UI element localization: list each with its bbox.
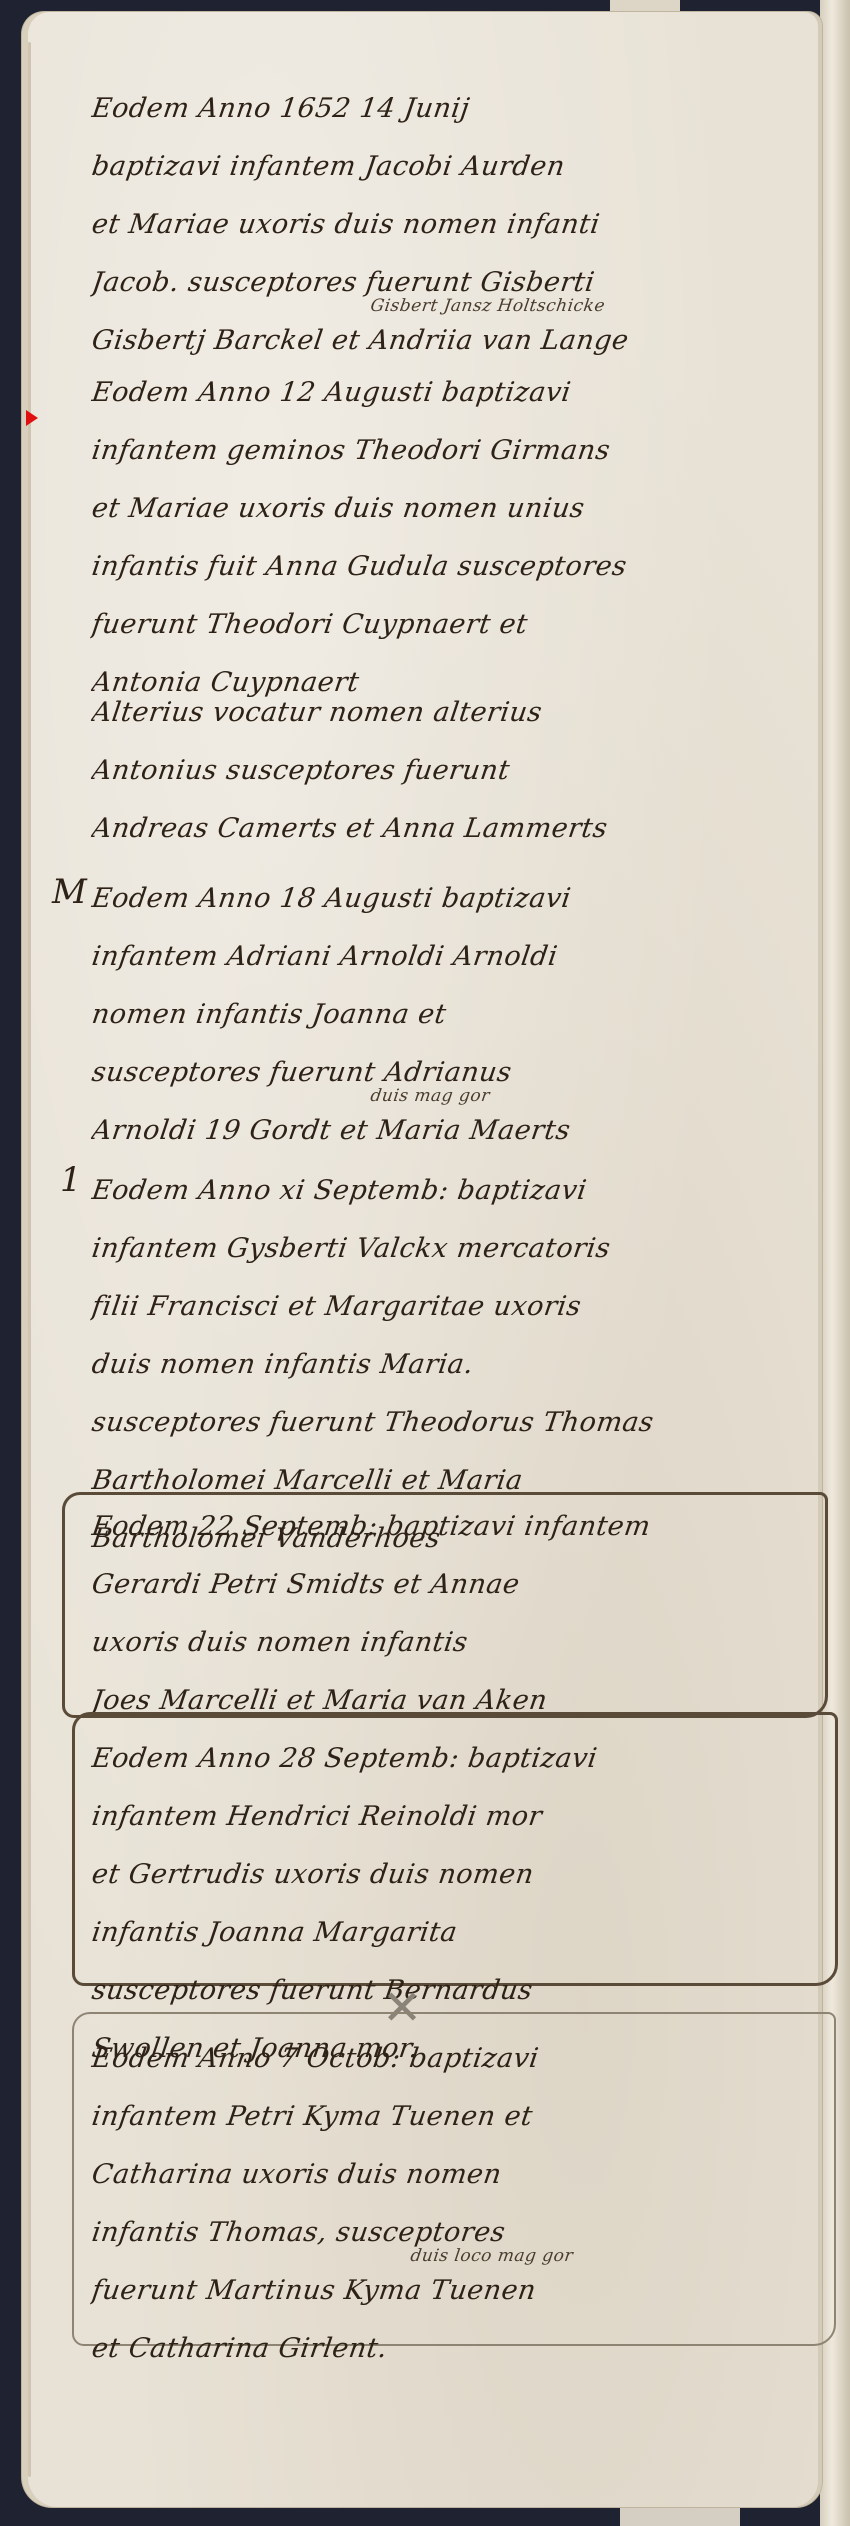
entry-line: infantis fuit Anna Gudula susceptores — [88, 538, 836, 596]
entry-line: Eodem 22 Septemb: baptizavi infantem — [88, 1498, 836, 1556]
entry-line: baptizavi infantem Jacobi Aurden — [88, 138, 836, 196]
entry-line: Eodem Anno 28 Septemb: baptizavi — [88, 1730, 836, 1788]
margin-mark-m: M — [52, 872, 87, 912]
entry-line: Eodem Anno 1652 14 Junij — [88, 80, 836, 138]
entry-line: Andreas Camerts et Anna Lammerts — [88, 800, 836, 858]
entry-line: et Catharina Girlent. — [88, 2320, 836, 2378]
entry-1: Eodem Anno 1652 14 Junij baptizavi infan… — [92, 80, 832, 370]
entry-line: et Mariae uxoris duis nomen unius — [88, 480, 836, 538]
entry-line: et Gertrudis uxoris duis nomen — [88, 1846, 836, 1904]
entry-3: Alterius vocatur nomen alterius Antonius… — [92, 684, 832, 858]
entry-8: Eodem Anno 7 Octob: baptizavi infantem P… — [92, 2030, 832, 2378]
entry-line: infantis Joanna Margarita — [88, 1904, 836, 1962]
entry-line: fuerunt Theodori Cuypnaert et — [88, 596, 836, 654]
entry-line: Eodem Anno 12 Augusti baptizavi — [88, 364, 836, 422]
entry-line: Eodem Anno xi Septemb: baptizavi — [88, 1162, 836, 1220]
entry-line: Gisbertj Barckel et Andriia van Lange — [88, 312, 836, 370]
margin-mark-1: 1 — [60, 1160, 82, 1200]
entry-4: Eodem Anno 18 Augusti baptizavi infantem… — [92, 870, 832, 1160]
entry-line: infantem Adriani Arnoldi Arnoldi — [88, 928, 836, 986]
entry-line: uxoris duis nomen infantis — [88, 1614, 836, 1672]
entry-line: infantem Gysberti Valckx mercatoris — [88, 1220, 836, 1278]
entry-line: infantem geminos Theodori Girmans — [88, 422, 836, 480]
entry-line: filii Francisci et Margaritae uxoris — [88, 1278, 836, 1336]
entry-6: Eodem 22 Septemb: baptizavi infantem Ger… — [92, 1498, 832, 1730]
entry-line: Alterius vocatur nomen alterius — [88, 684, 836, 742]
entry-line: fuerunt Martinus Kyma Tuenen — [88, 2262, 836, 2320]
entry-line: Gerardi Petri Smidts et Annae — [88, 1556, 836, 1614]
entry-line: et Mariae uxoris duis nomen infanti — [88, 196, 836, 254]
entry-line: Arnoldi 19 Gordt et Maria Maerts — [88, 1102, 836, 1160]
entry-line: Antonius susceptores fuerunt — [88, 742, 836, 800]
entry-line: Catharina uxoris duis nomen — [88, 2146, 836, 2204]
entry-line: Eodem Anno 18 Augusti baptizavi — [88, 870, 836, 928]
entry-line: nomen infantis Joanna et — [88, 986, 836, 1044]
bookmark-marker-icon — [26, 410, 38, 426]
entry-2: Eodem Anno 12 Augusti baptizavi infantem… — [92, 364, 832, 712]
entry-line: susceptores fuerunt Theodorus Thomas — [88, 1394, 836, 1452]
entry-line: infantem Petri Kyma Tuenen et — [88, 2088, 836, 2146]
entry-line: duis nomen infantis Maria. — [88, 1336, 836, 1394]
entry-line: Eodem Anno 7 Octob: baptizavi — [88, 2030, 836, 2088]
manuscript-page: Eodem Anno 1652 14 Junij baptizavi infan… — [22, 12, 822, 2507]
entry-line: infantem Hendrici Reinoldi mor — [88, 1788, 836, 1846]
